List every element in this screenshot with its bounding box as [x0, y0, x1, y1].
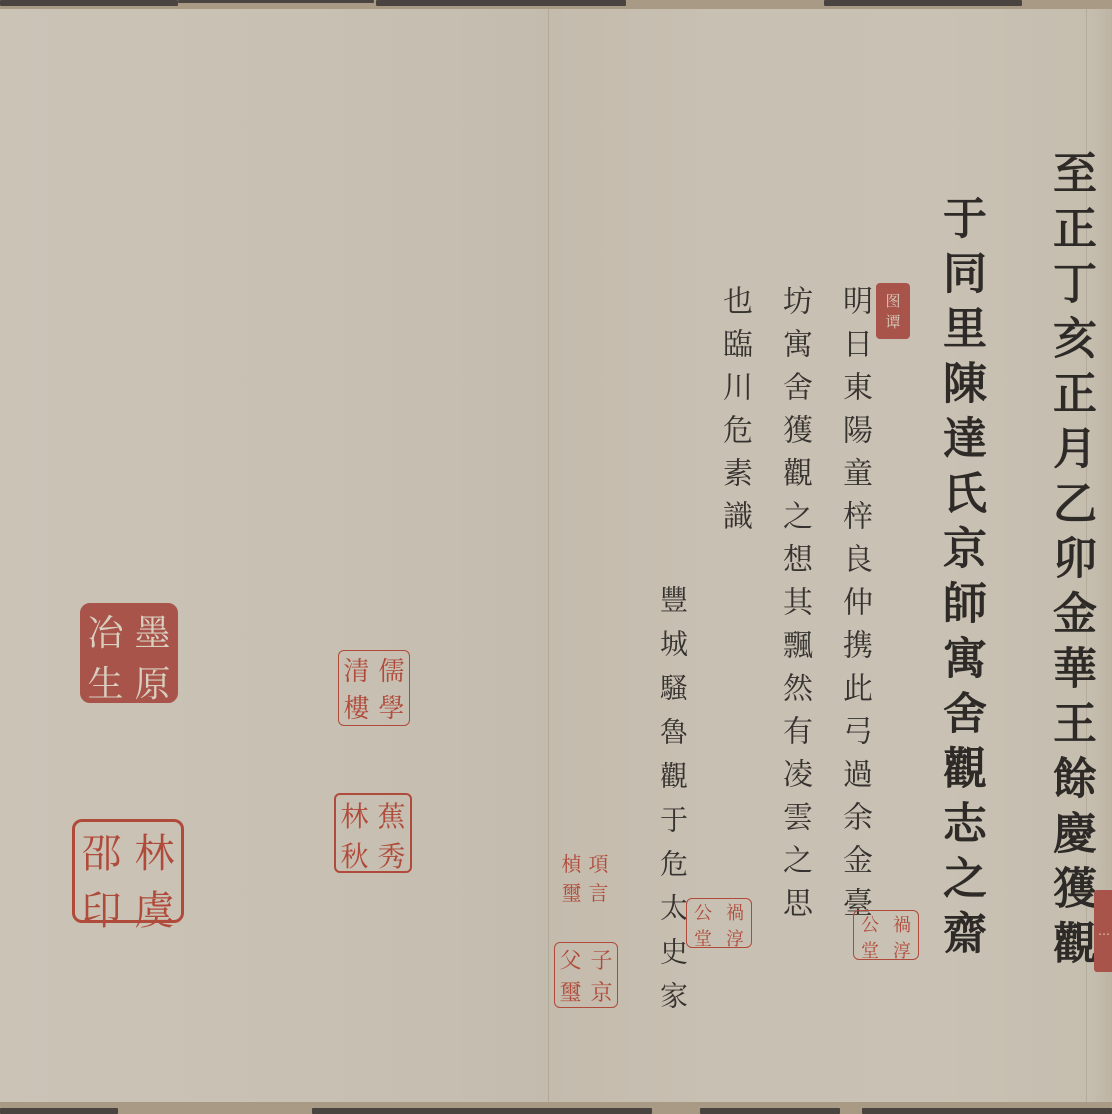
seal-char: 秀: [373, 835, 410, 875]
seal-char: 生: [82, 656, 129, 707]
colophon-column-1: 明日東陽童梓良仲携此弓過余金臺: [832, 285, 876, 930]
seal-char: 冶: [82, 605, 129, 656]
mount-band: [312, 1108, 652, 1114]
seal-mid-upper: 儒 學 清 樓: [338, 650, 410, 726]
seal-char: 林: [336, 795, 373, 835]
seal-char: 墨: [129, 605, 176, 656]
seal-char: 學: [374, 688, 409, 725]
seal-char: 印: [75, 879, 128, 936]
inscription-column-2: 于同里陳達氏京師寓舍觀志之齋: [928, 195, 992, 965]
seal-char: 京: [586, 975, 617, 1007]
seal-char: 父: [555, 943, 586, 975]
inscription-column-1: 至正丁亥正月乙卯金華王餘慶獲觀: [1038, 150, 1102, 975]
scroll-panel-right: [548, 9, 1112, 1105]
seal-char: 清: [339, 651, 374, 688]
seal-char: 淳: [886, 937, 918, 963]
mount-band: [376, 0, 626, 6]
seal-char: 原: [129, 656, 176, 707]
seal-char: 堂: [854, 937, 886, 963]
seal-char: 樓: [339, 688, 374, 725]
seal-char: 禍: [719, 899, 751, 925]
seal-char: 林: [128, 822, 181, 879]
seal-char: 禍: [886, 911, 918, 937]
mount-band: [824, 0, 1022, 6]
seal-left-outline: 林 虞 邵 印: [72, 819, 184, 923]
seal-char: 谭: [885, 311, 900, 332]
seal-char: 图: [885, 290, 900, 311]
seal-xiang-yuanbian-1: 項 言 楨 璽: [558, 848, 612, 906]
seal-char: 虞: [128, 879, 181, 936]
seal-char: 子: [586, 943, 617, 975]
colophon-column-2: 坊寓舍獲觀之想其飄然有凌雲之思: [772, 285, 816, 930]
seal-char: 儒: [374, 651, 409, 688]
seal-gongtang-2: 禍 淳 公 堂: [686, 898, 752, 948]
seal-mid-lower: 蕉 秀 林 秋: [334, 793, 412, 873]
viewer-signature-column: 豐城騷魯觀于危太史家: [652, 585, 692, 1025]
colophon-column-3: 也臨川危素識: [712, 285, 756, 543]
seal-char: 蕉: [373, 795, 410, 835]
seal-char: 璽: [555, 975, 586, 1007]
seal-char: 璽: [558, 877, 585, 906]
mount-band: [862, 1108, 1112, 1114]
seal-char: 公: [854, 911, 886, 937]
seal-char: …: [1098, 924, 1110, 938]
seal-char: 堂: [687, 925, 719, 951]
scroll-bottom-mount: [0, 1102, 1112, 1114]
seal-gongtang-1: 禍 淳 公 堂: [853, 910, 919, 960]
scroll-panel-left: [0, 9, 548, 1105]
seal-char: 言: [585, 877, 612, 906]
seal-right-edge: …: [1094, 890, 1112, 972]
seal-char: 邵: [75, 822, 128, 879]
mount-band: [178, 0, 374, 3]
mount-band: [0, 0, 178, 6]
seal-small-filled: 图 谭: [876, 283, 910, 339]
seal-char: 淳: [719, 925, 751, 951]
mount-band: [0, 1108, 118, 1114]
seal-char: 楨: [558, 848, 585, 877]
seal-xiang-zijing: 子 京 父 璽: [554, 942, 618, 1008]
seal-char: 秋: [336, 835, 373, 875]
seal-left-filled: 墨 原 冶 生: [80, 603, 178, 703]
seal-char: 公: [687, 899, 719, 925]
seal-char: 項: [585, 848, 612, 877]
mount-band: [700, 1108, 840, 1114]
